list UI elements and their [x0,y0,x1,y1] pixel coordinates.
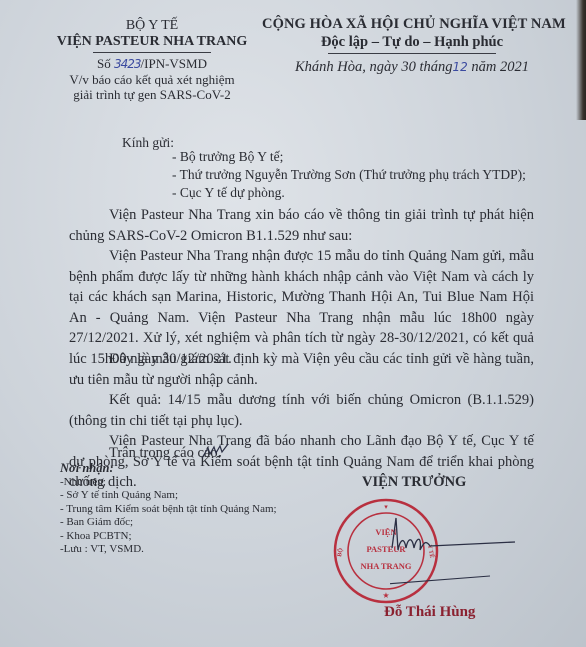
document-date: Khánh Hòa, ngày 30 tháng12 năm 2021 [262,59,562,76]
recipients-title: Nơi nhận: [60,462,277,476]
handwritten-initials [200,442,230,460]
paragraph-intro: Viện Pasteur Nha Trang xin báo cáo về th… [69,205,534,246]
recipient-item: -Như trên; [60,476,277,490]
svg-text:★: ★ [382,591,389,600]
header-right-rule [328,53,496,54]
handwritten-month: 12 [452,60,467,74]
national-motto: Độc lập – Tự do – Hạnh phúc [262,34,562,51]
addressee-item: - Bộ trưởng Bộ Y tế; [172,148,526,166]
republic-title: CỘNG HÒA XÃ HỘI CHỦ NGHĨA VIỆT NAM [262,16,562,33]
document-number: Số 3423/IPN-VSMD [52,56,252,72]
signer-name: Đỗ Thái Hùng [384,604,475,621]
paragraph-result: Kết quả: 14/15 mẫu dương tính với biến c… [69,390,534,431]
addressee-list: - Bộ trưởng Bộ Y tế; - Thứ trưởng Nguyễn… [172,148,526,202]
handwritten-number: 3423 [114,57,141,71]
header-left-rule [93,52,211,53]
addressee-item: - Thứ trưởng Nguyễn Trường Sơn (Thứ trưở… [172,166,526,184]
signer-title: VIỆN TRƯỞNG [362,474,466,491]
stamp-ring-left: BỘ [335,547,344,557]
handwritten-signature [390,512,520,592]
svg-text:▾: ▾ [384,503,388,511]
institute-name: VIỆN PASTEUR NHA TRANG [52,34,252,50]
addressee-item: - Cục Y tế dự phòng. [172,184,526,202]
recipient-item: - Ban Giám đốc; [60,516,277,530]
page-edge-shadow [576,0,586,120]
header-right: CỘNG HÒA XÃ HỘI CHỦ NGHĨA VIỆT NAM Độc l… [262,16,562,76]
subject-line-2: giải trình tự gen SARS-CoV-2 [52,87,252,102]
subject-line-1: V/v báo cáo kết quả xét nghiệm [52,72,252,87]
header-left: BỘ Y TẾ VIỆN PASTEUR NHA TRANG Số 3423/I… [52,18,252,102]
recipient-item: - Trung tâm Kiểm soát bệnh tật tỉnh Quản… [60,503,277,517]
recipient-item: - Khoa PCBTN; [60,530,277,544]
recipient-item: - Sở Y tế tỉnh Quảng Nam; [60,489,277,503]
recipients-block: Nơi nhận: -Như trên; - Sở Y tế tỉnh Quản… [60,462,277,557]
paragraph-surveillance: Đây là mẫu giám sát định kỳ mà Viện yêu … [69,349,534,390]
addressee-label: Kính gửi: [122,133,174,154]
ministry-name: BỘ Y TẾ [52,18,252,34]
recipient-item: -Lưu : VT, VSMD. [60,543,277,557]
